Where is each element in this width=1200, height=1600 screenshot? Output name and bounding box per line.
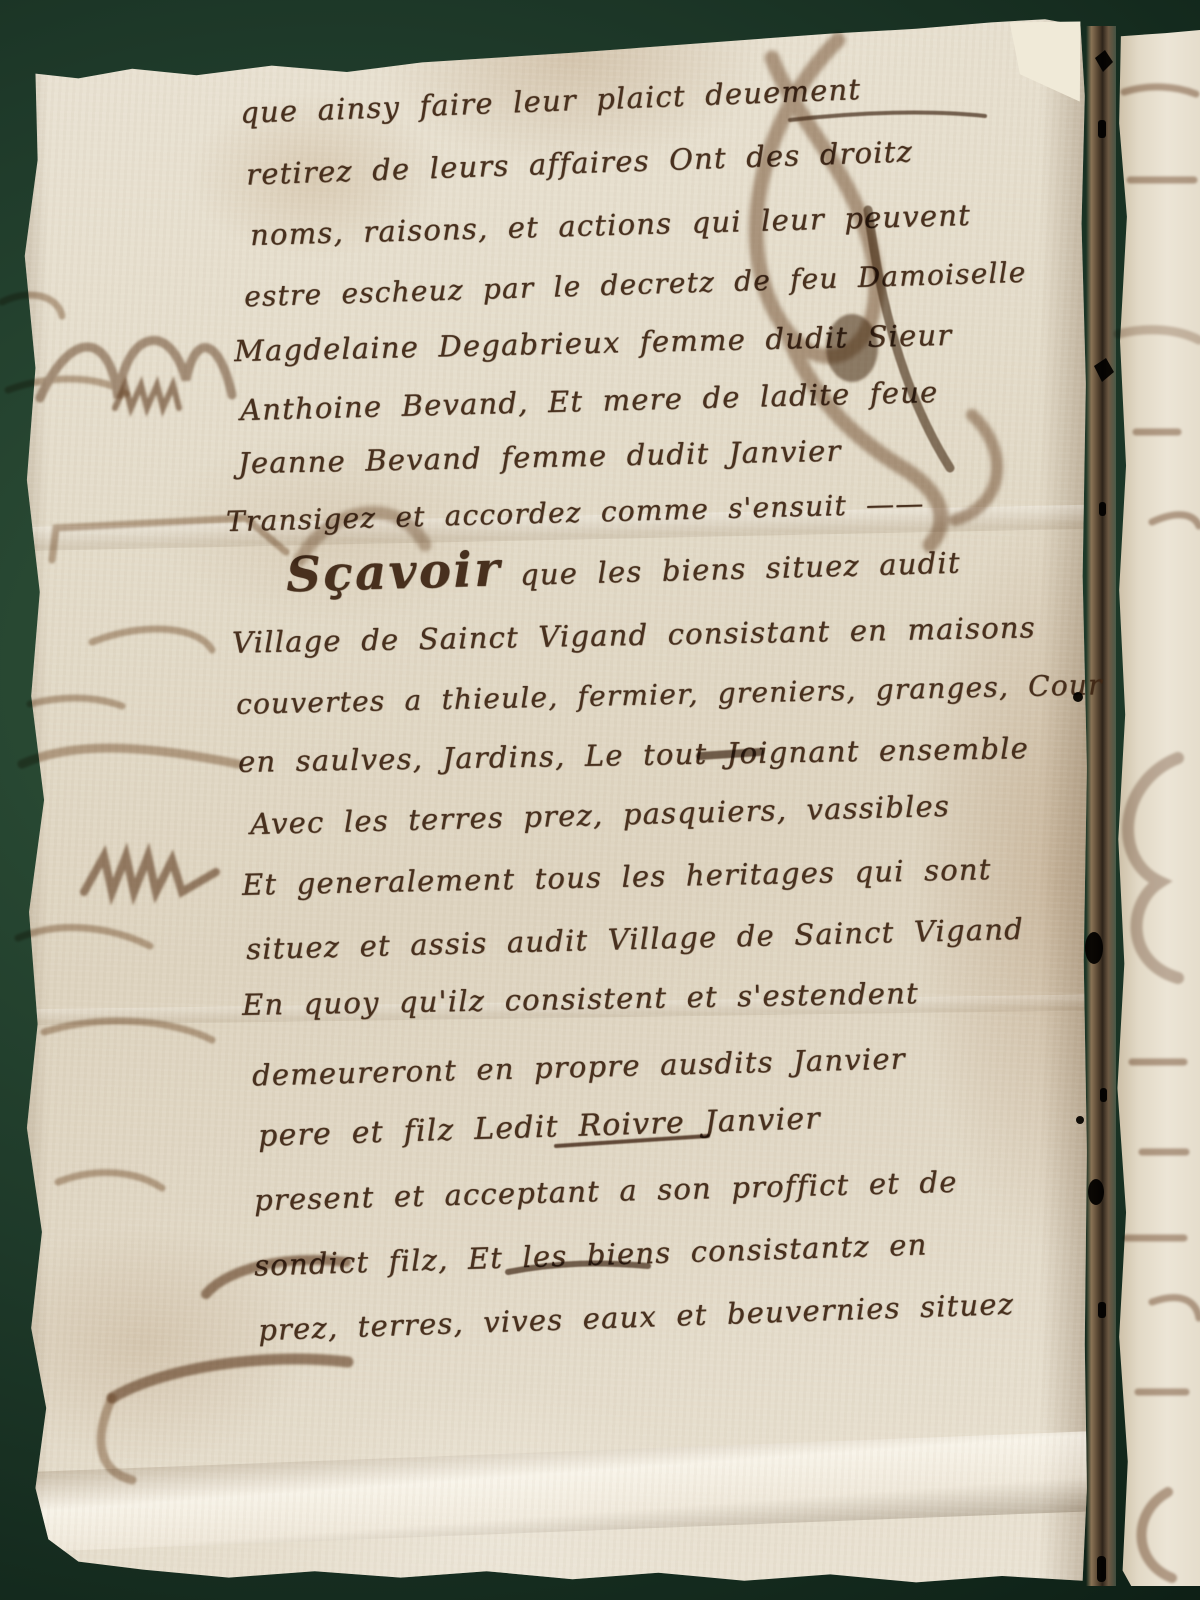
illuminated-word: Sçavoir: [285, 541, 502, 603]
manuscript-line: prez, terres, vives eaux et beuvernies s…: [258, 1287, 1015, 1347]
manuscript-line: Anthoine Bevand, Et mere de ladite feue: [240, 375, 939, 427]
manuscript-line: noms, raisons, et actions qui leur peuve…: [250, 198, 972, 252]
manuscript-line: Et generalement tous les heritages qui s…: [242, 852, 992, 902]
manuscript-line: Avec les terres prez, pasquiers, vassibl…: [250, 789, 951, 841]
photo-backdrop: que ainsy faire leur plaict deuement ret…: [0, 0, 1200, 1600]
manuscript-line: demeureront en propre ausdits Janvier: [252, 1041, 907, 1092]
manuscript-line: Village de Sainct Vigand consistant en m…: [232, 610, 1036, 659]
manuscript-line: couvertes a thieule, fermier, greniers, …: [236, 668, 1103, 721]
manuscript-line: estre escheuz par le decretz de feu Damo…: [244, 256, 1027, 314]
manuscript-line: Jeanne Bevand femme dudit Janvier: [238, 434, 842, 481]
manuscript-line: Transigez et accordez comme s'ensuit ——: [226, 487, 925, 538]
manuscript-text: que ainsy faire leur plaict deuement ret…: [0, 0, 1200, 1600]
manuscript-line-continuation: que les biens situez audit: [520, 546, 962, 592]
manuscript-line: sondict filz, Et les biens consistantz e…: [254, 1227, 928, 1282]
manuscript-line: En quoy qu'ilz consistent et s'estendent: [242, 976, 919, 1022]
manuscript-line: Sçavoirque les biens situez audit: [285, 529, 961, 604]
manuscript-line: retirez de leurs affaires Ont des droitz: [246, 134, 914, 191]
manuscript-line: pere et filz Ledit Roivre Janvier: [258, 1101, 822, 1154]
manuscript-line: present et acceptant a son proffict et d…: [254, 1165, 958, 1217]
manuscript-line: Magdelaine Degabrieux femme dudit Sieur: [234, 318, 953, 368]
manuscript-line: que ainsy faire leur plaict deuement: [240, 72, 862, 130]
manuscript-line: situez et assis audit Village de Sainct …: [246, 912, 1025, 966]
manuscript-line: en saulves, Jardins, Le tout Joignant en…: [238, 731, 1029, 779]
